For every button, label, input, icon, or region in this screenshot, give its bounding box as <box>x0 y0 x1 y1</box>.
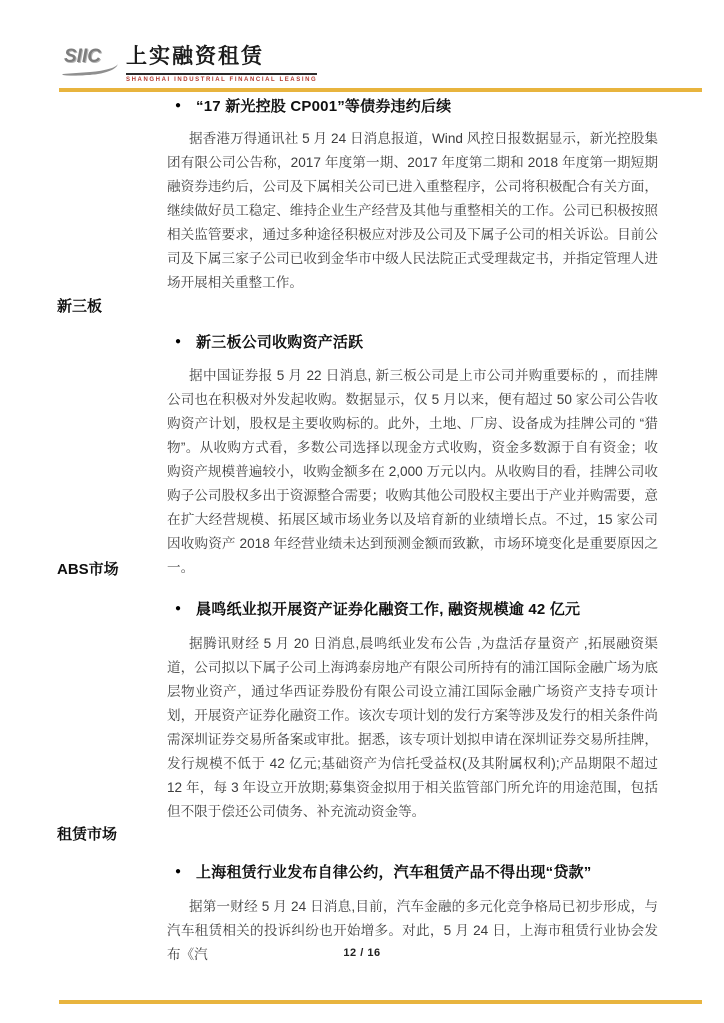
headline-text: 上海租赁行业发布自律公约，汽车租赁产品不得出现“贷款” <box>196 861 591 882</box>
header-rule-divider <box>59 88 702 92</box>
logo-name-block: 上实融资租赁 SHANGHAI INDUSTRIAL FINANCIAL LEA… <box>126 40 317 83</box>
paragraph-bond-default: 据香港万得通讯社 5 月 24 日消息报道，Wind 风控日报数据显示，新光控股… <box>167 127 658 295</box>
siic-logo-swoosh <box>62 61 119 77</box>
bullet-icon: ● <box>175 337 181 347</box>
bullet-icon: ● <box>175 867 181 877</box>
footer-rule-divider <box>59 1000 702 1004</box>
headline-bond-default: ● “17 新光控股 CP001”等债券违约后续 <box>175 95 451 116</box>
section-label-neeq: 新三板 <box>57 295 102 316</box>
newsletter-page: SIIC 上实融资租赁 SHANGHAI INDUSTRIAL FINANCIA… <box>0 0 724 1023</box>
bullet-icon: ● <box>175 101 181 111</box>
paragraph-neeq-acquisitions: 据中国证券报 5 月 22 日消息, 新三板公司是上市公司并购重要标的 ，而挂牌… <box>167 364 658 580</box>
siic-logo-icon: SIIC <box>64 46 120 82</box>
page-number: 12 / 16 <box>0 947 724 959</box>
headline-text: 新三板公司收购资产活跃 <box>196 331 363 352</box>
bullet-icon: ● <box>175 604 181 614</box>
company-name-english: SHANGHAI INDUSTRIAL FINANCIAL LEASING <box>126 77 317 83</box>
headline-chenming-abs: ● 晨鸣纸业拟开展资产证券化融资工作, 融资规模逾 42 亿元 <box>175 598 580 619</box>
headline-auto-leasing-rules: ● 上海租赁行业发布自律公约，汽车租赁产品不得出现“贷款” <box>175 861 591 882</box>
company-name: 上实融资租赁 <box>126 40 317 75</box>
section-label-abs-market: ABS市场 <box>57 558 119 579</box>
headline-neeq-acquisitions: ● 新三板公司收购资产活跃 <box>175 331 363 352</box>
headline-text: 晨鸣纸业拟开展资产证券化融资工作, 融资规模逾 42 亿元 <box>196 598 580 619</box>
section-label-leasing-market: 租赁市场 <box>57 823 117 844</box>
company-logo: SIIC 上实融资租赁 SHANGHAI INDUSTRIAL FINANCIA… <box>64 40 317 83</box>
paragraph-chenming-abs: 据腾讯财经 5 月 20 日消息,晨鸣纸业发布公告 ,为盘活存量资产 ,拓展融资… <box>167 632 658 824</box>
headline-text: “17 新光控股 CP001”等债券违约后续 <box>196 95 451 116</box>
